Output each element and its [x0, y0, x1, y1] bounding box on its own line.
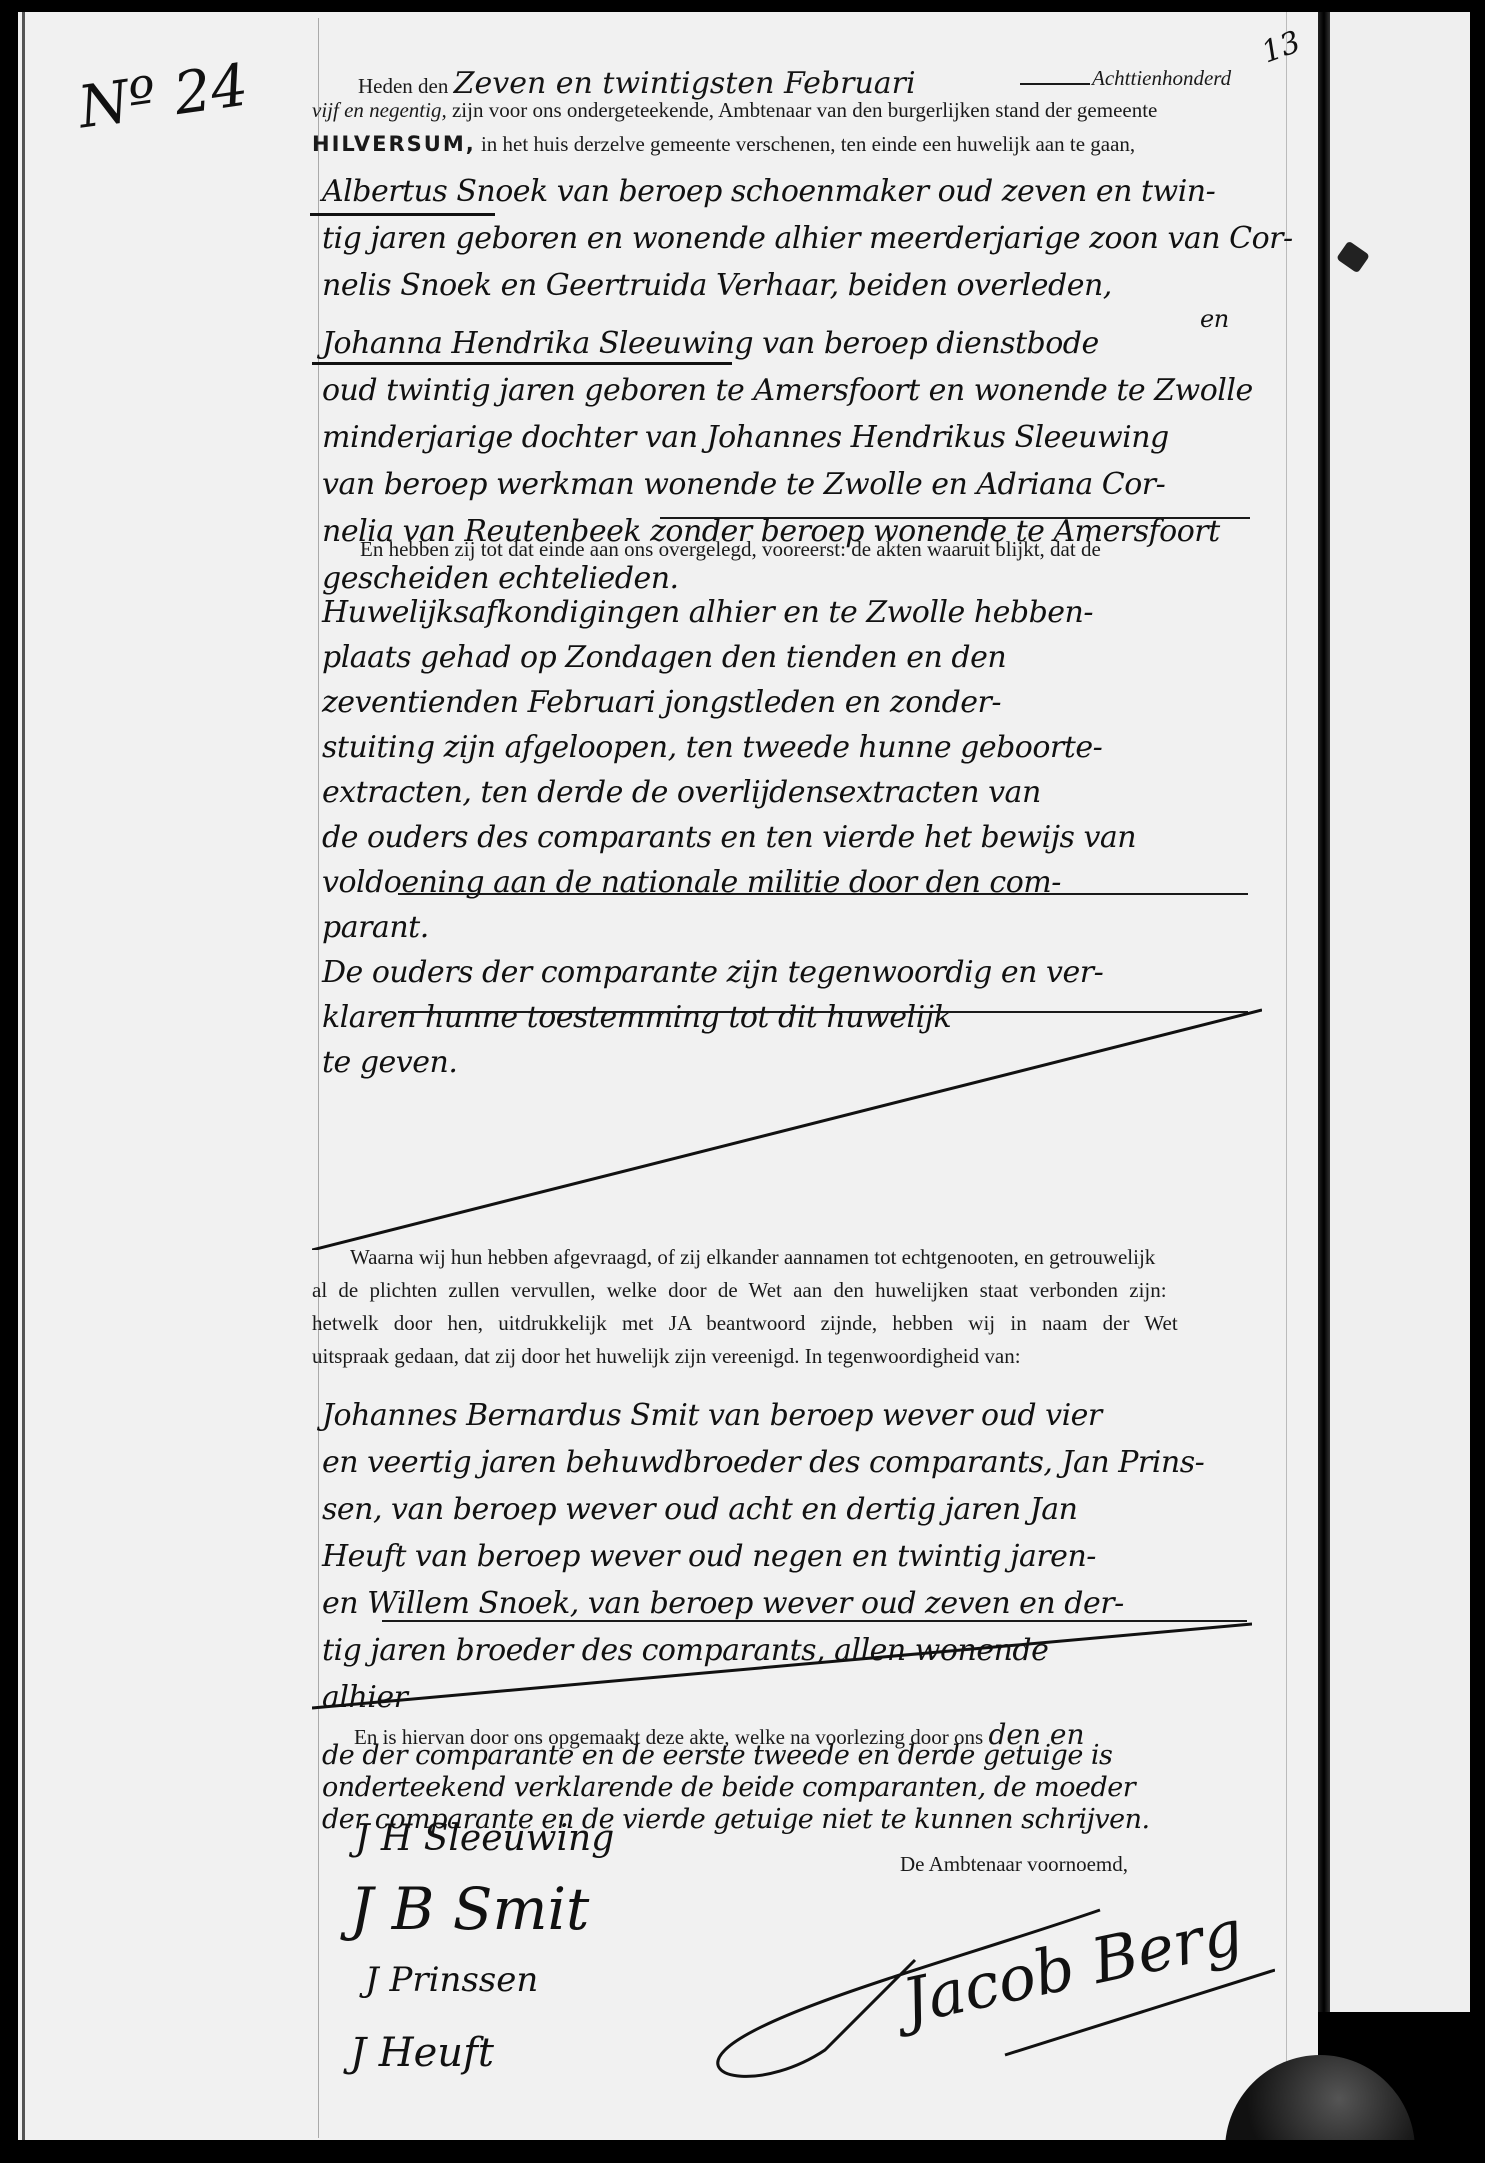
closing-line: de der comparante en de eerste tweede en… — [322, 1740, 1242, 1772]
ceremony-line: al de plichten zullen vervullen, welke d… — [312, 1278, 1167, 1303]
groom-line: Albertus Snoek van beroep schoenmaker ou… — [322, 168, 1242, 215]
documents-line: stuiting zijn afgeloopen, ten tweede hun… — [322, 725, 1242, 770]
documents-line: voldoening aan de nationale militie door… — [322, 860, 1242, 905]
adjacent-page-margin — [1318, 12, 1485, 2012]
witness-line: Heuft van beroep wever oud negen en twin… — [322, 1533, 1242, 1580]
scan-border-top — [0, 0, 1485, 12]
official-label: De Ambtenaar voornoemd, — [900, 1852, 1128, 1877]
bride-name-underline — [312, 362, 732, 365]
signature-witness-3: J Heuft — [350, 2030, 494, 2076]
header-line-1: Heden den Zeven en twintigsten Februari — [358, 66, 916, 101]
header-prefix: Heden den — [358, 74, 448, 98]
signature-bride: J H Sleeuwing — [355, 1818, 614, 1859]
groom-block: Albertus Snoek van beroep schoenmaker ou… — [322, 168, 1242, 309]
documents-line: Huwelijksafkondigingen alhier en te Zwol… — [322, 590, 1242, 635]
documents-line: De ouders der comparante zijn tegenwoord… — [322, 950, 1242, 995]
scan-border-right — [1470, 0, 1485, 2163]
bride-line: minderjarige dochter van Johannes Hendri… — [322, 414, 1242, 461]
signature-flourish — [705, 1900, 1275, 2080]
signature-witness-2: J Prinssen — [365, 1960, 538, 2000]
witness-line: en veertig jaren behuwdbroeder des compa… — [322, 1439, 1242, 1486]
groom-line: nelis Snoek en Geertruida Verhaar, beide… — [322, 262, 1242, 309]
cancellation-diagonal-line-2 — [312, 1610, 1252, 1710]
scan-border-bottom — [0, 2140, 1485, 2163]
documents-line: te geven. — [322, 1040, 1242, 1085]
ceremony-line: hetwelk door hen, uitdrukkelijk met JA b… — [312, 1311, 1178, 1336]
bride-line: van beroep werkman wonende te Zwolle en … — [322, 461, 1242, 508]
header-year-prefix: Achttienhonderd — [1092, 66, 1231, 91]
documents-line: zeventienden Februari jongstleden en zon… — [322, 680, 1242, 725]
documents-line: de ouders des comparants en ten vierde h… — [322, 815, 1242, 860]
header-line-3: HILVERSUM, in het huis derzelve gemeente… — [312, 132, 1135, 157]
date-handwritten: Zeven en twintigsten Februari — [454, 66, 916, 101]
closing-line: onderteekend verklarende de beide compar… — [322, 1772, 1242, 1804]
fill-line — [398, 893, 1248, 895]
left-margin-rule — [22, 12, 25, 2152]
fill-line — [660, 517, 1250, 519]
groom-name-underline — [310, 213, 495, 216]
header-line-3-text: in het huis derzelve gemeente verschenen… — [481, 132, 1135, 156]
documents-line: plaats gehad op Zondagen den tienden en … — [322, 635, 1242, 680]
documents-line: parant. — [322, 905, 1242, 950]
header-line-2-text: zijn voor ons ondergeteekende, Ambtenaar… — [452, 98, 1157, 122]
documents-line: extracten, ten derde de overlijdensextra… — [322, 770, 1242, 815]
groom-line: tig jaren geboren en wonende alhier meer… — [322, 215, 1242, 262]
signature-witness-1: J B Smit — [350, 1875, 589, 1943]
column-rule — [318, 18, 319, 2138]
bride-line: oud twintig jaren geboren te Amersfoort … — [322, 367, 1242, 414]
documents-intro: En hebben zij tot dat einde aan ons over… — [360, 537, 1101, 562]
binding-fold — [1318, 12, 1330, 2012]
ceremony-line: Waarna wij hun hebben afgevraagd, of zij… — [350, 1245, 1155, 1270]
bride-line: Johanna Hendrika Sleeuwing van beroep di… — [322, 320, 1242, 367]
ceremony-line: uitspraak gedaan, dat zij door het huwel… — [312, 1344, 1021, 1369]
header-line-2: vijf en negentig, zijn voor ons onderget… — [312, 98, 1157, 123]
witness-line: Johannes Bernardus Smit van beroep wever… — [322, 1392, 1242, 1439]
right-margin-rule — [1286, 12, 1287, 2112]
fill-line — [398, 1011, 1248, 1013]
documents-line: klaren hunne toestemming tot dit huwelij… — [322, 995, 1242, 1040]
municipality: HILVERSUM, — [312, 132, 476, 156]
fill-line — [1020, 83, 1090, 85]
witness-line: sen, van beroep wever oud acht en dertig… — [322, 1486, 1242, 1533]
year-words: vijf en negentig, — [312, 98, 447, 122]
